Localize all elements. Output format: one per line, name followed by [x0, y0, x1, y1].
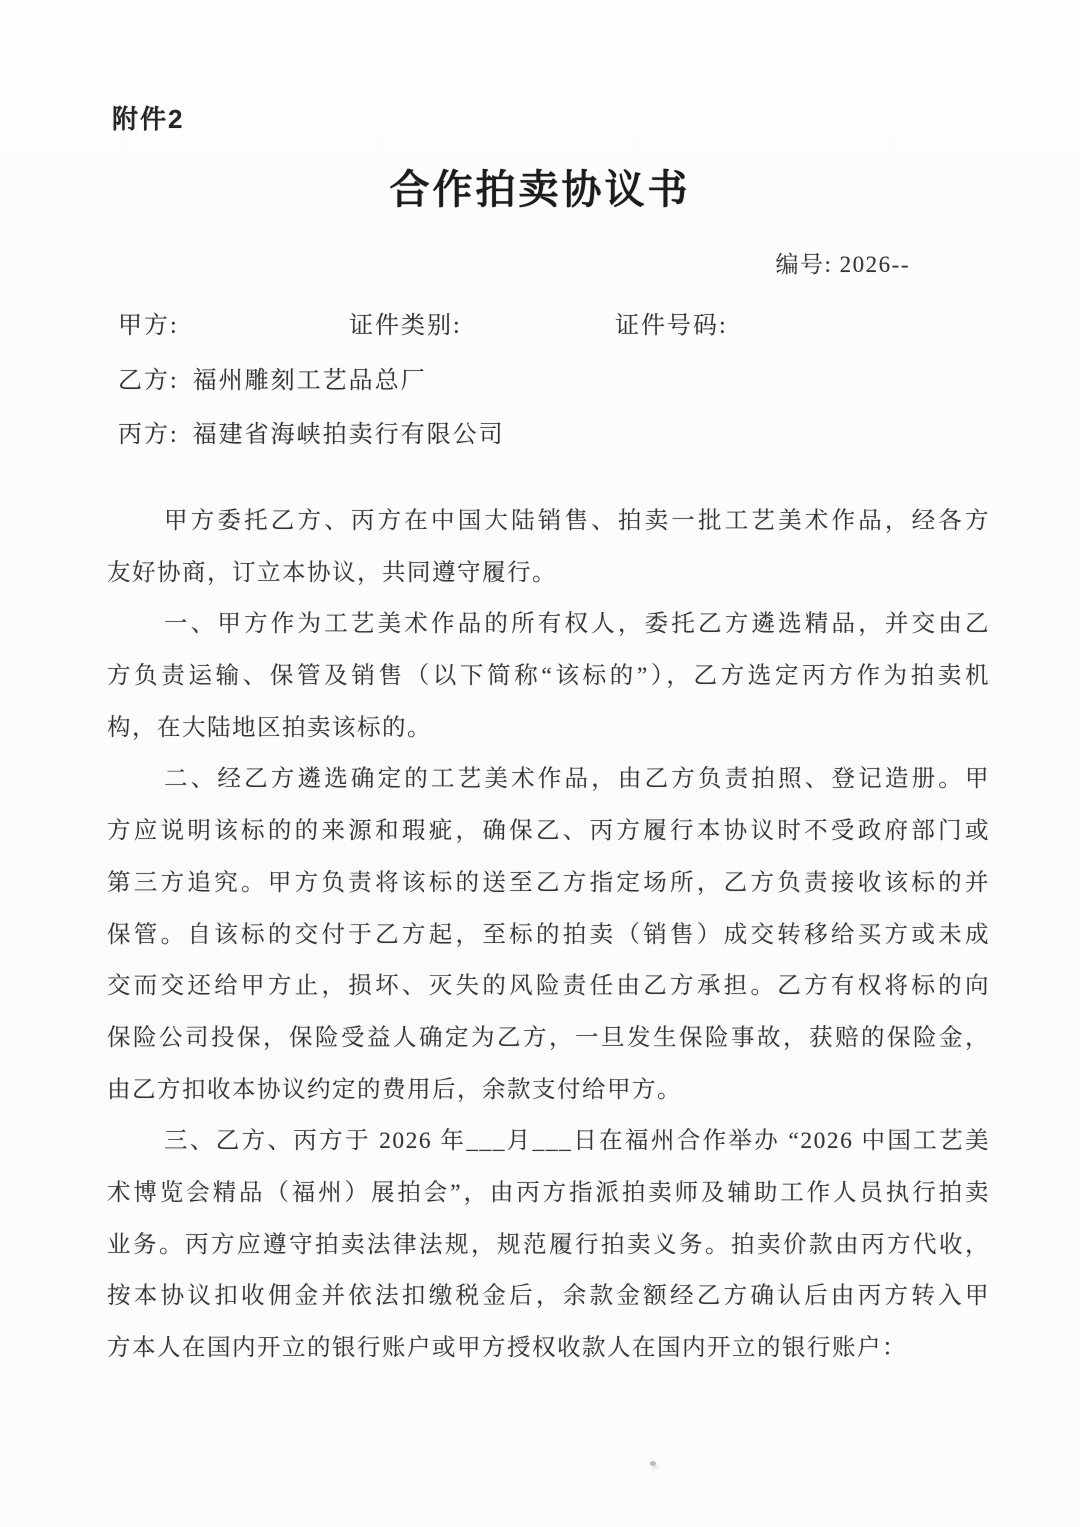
document-line: 保管。自该标的交付于乙方起，至标的拍卖（销售）成交转移给买方或未成 — [107, 910, 990, 962]
document-line: 第三方追究。甲方负责将该标的送至乙方指定场所，乙方负责接收该标的并 — [107, 858, 990, 910]
document-line: 按本协议扣收佣金并依法扣缴税金后，余款金额经乙方确认后由丙方转入甲 — [107, 1271, 990, 1323]
party-row-b: 乙方:福州雕刻工艺品总厂 — [118, 366, 1000, 396]
ref-number: 编号: 2026-- — [776, 250, 910, 280]
document-body: 甲方委托乙方、丙方在中国大陆销售、拍卖一批工艺美术作品，经各方友好协商，订立本协… — [107, 496, 990, 1375]
scan-artifact-speck — [650, 1461, 656, 1466]
document-line: 方本人在国内开立的银行账户或甲方授权收款人在国内开立的银行账户： — [107, 1323, 990, 1375]
id-type-label: 证件类别: — [349, 313, 462, 339]
document-line: 方应说明该标的的来源和瑕疵，确保乙、丙方履行本协议时不受政府部门或 — [107, 806, 990, 858]
party-c-name: 福建省海峡拍卖行有限公司 — [193, 422, 505, 448]
party-b-field: 乙方:福州雕刻工艺品总厂 — [118, 366, 427, 396]
document-line: 术博览会精品（福州）展拍会”，由丙方指派拍卖师及辅助工作人员执行拍卖 — [107, 1168, 990, 1220]
party-a-field: 甲方: — [118, 311, 193, 341]
id-type-field: 证件类别: — [349, 311, 476, 341]
document-line: 由乙方扣收本协议约定的费用后，余款支付给甲方。 — [107, 1065, 990, 1117]
document-line: 交而交还给甲方止，损坏、灭失的风险责任由乙方承担。乙方有权将标的向 — [107, 961, 990, 1013]
document-line: 三、乙方、丙方于 2026 年___月___日在福州合作举办 “2026 中国工… — [107, 1116, 990, 1168]
document-line: 业务。丙方应遵守拍卖法律法规，规范履行拍卖义务。拍卖价款由丙方代收， — [107, 1220, 990, 1272]
party-c-label: 丙方: — [118, 422, 179, 448]
document-line: 方负责运输、保管及销售（以下简称“该标的”），乙方选定丙方作为拍卖机 — [107, 651, 990, 703]
id-number-label: 证件号码: — [615, 313, 728, 339]
id-number-field: 证件号码: — [615, 311, 742, 341]
party-row-a: 甲方: 证件类别: 证件号码: — [118, 311, 1000, 341]
party-a-label: 甲方: — [118, 313, 179, 339]
party-b-label: 乙方: — [118, 368, 179, 394]
party-b-name: 福州雕刻工艺品总厂 — [193, 368, 427, 394]
document-line: 二、经乙方遴选确定的工艺美术作品，由乙方负责拍照、登记造册。甲 — [107, 754, 990, 806]
document-line: 保险公司投保，保险受益人确定为乙方，一旦发生保险事故，获赔的保险金， — [107, 1013, 990, 1065]
document-line: 甲方委托乙方、丙方在中国大陆销售、拍卖一批工艺美术作品，经各方 — [107, 496, 990, 548]
document-line: 构，在大陆地区拍卖该标的。 — [107, 703, 990, 755]
document-line: 友好协商，订立本协议，共同遵守履行。 — [107, 548, 990, 600]
document-line: 一、甲方作为工艺美术作品的所有权人，委托乙方遴选精品，并交由乙 — [107, 599, 990, 651]
document-page: 附件2 合作拍卖协议书 编号: 2026-- 甲方: 证件类别: 证件号码: 乙… — [0, 0, 1080, 1527]
party-c-field: 丙方:福建省海峡拍卖行有限公司 — [118, 420, 505, 450]
party-row-c: 丙方:福建省海峡拍卖行有限公司 — [118, 420, 1000, 450]
page-title: 合作拍卖协议书 — [0, 166, 1080, 214]
attachment-label: 附件2 — [112, 104, 184, 134]
